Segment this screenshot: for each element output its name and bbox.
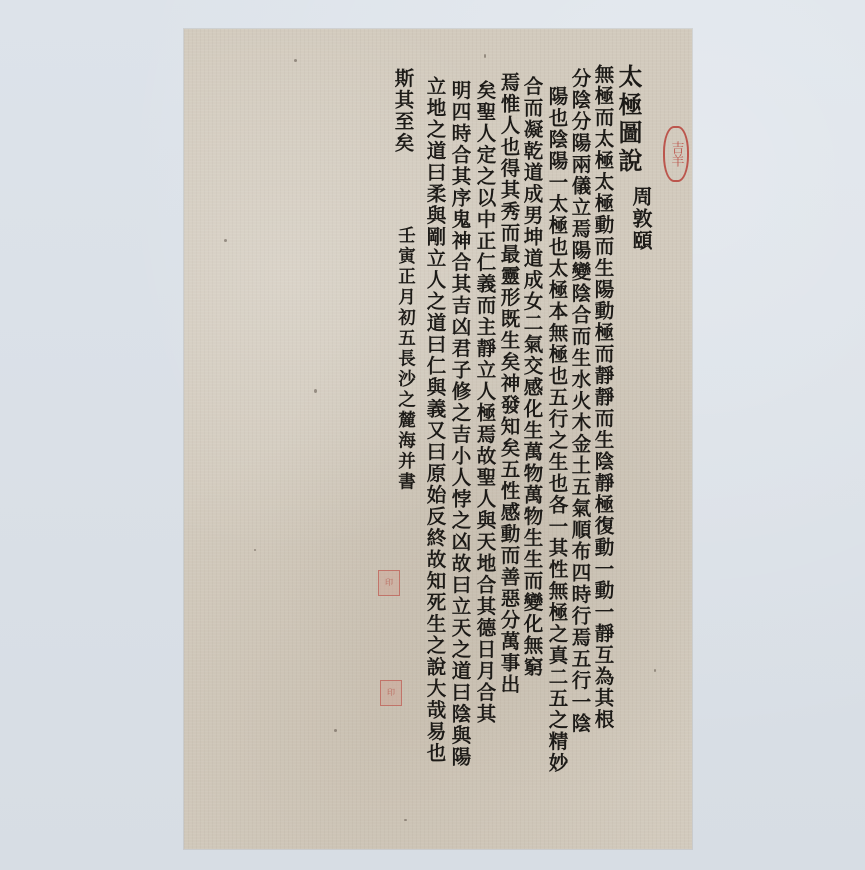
seal-text: 吉羊 [670,141,683,167]
paper-speck [224,239,227,242]
text-column-6: 矣聖人定之以中正仁義而主靜立人極焉故聖人與天地合其德日月合其 [475,80,495,725]
text-column-3: 陽也陰陽一太極也太極本無極也五行之生也各一其性無極之真二五之精妙 [547,86,567,774]
text-column-7: 明四時合其序鬼神合其吉凶君子修之吉小人悖之凶故曰立天之道曰陰與陽 [450,80,470,768]
text-column-8: 立地之道曰柔與剛立人之道曰仁與義又曰原始反終故知死生之說大哉易也 [425,76,445,764]
red-oval-seal: 吉羊 [663,126,689,182]
text-column-5: 焉惟人也得其秀而最靈形既生矣神發知矣五性感動而善惡分萬事出 [499,72,519,696]
title-column: 太極圖說 [616,64,640,176]
red-square-seal-lower: 印 [380,680,402,706]
paper-speck [404,819,407,821]
paper-speck [654,669,656,672]
text-column-4: 合而凝乾道成男坤道成女二氣交感化生萬物萬物生生而變化無窮 [522,76,542,678]
text-column-9: 斯其至矣 [393,68,413,154]
seal-text: 印 [385,579,393,587]
red-square-seal-upper: 印 [378,570,400,596]
seal-text: 印 [387,689,395,697]
paper-speck [484,54,486,58]
author-column: 周敦頤 [631,186,651,252]
paper-speck [254,549,256,551]
text-column-1: 無極而太極太極動而生陽動極而靜靜而生陰靜極復動一動一靜互為其根 [593,64,613,731]
text-column-2: 分陰分陽兩儀立焉陽變陰合而生水火木金土五氣順布四時行焉五行一陰 [570,68,590,735]
paper-speck [334,729,337,732]
colophon-column: 壬寅正月初五長沙之麓海并書 [396,226,414,493]
paper-speck [294,59,297,62]
paper-speck [314,389,317,393]
